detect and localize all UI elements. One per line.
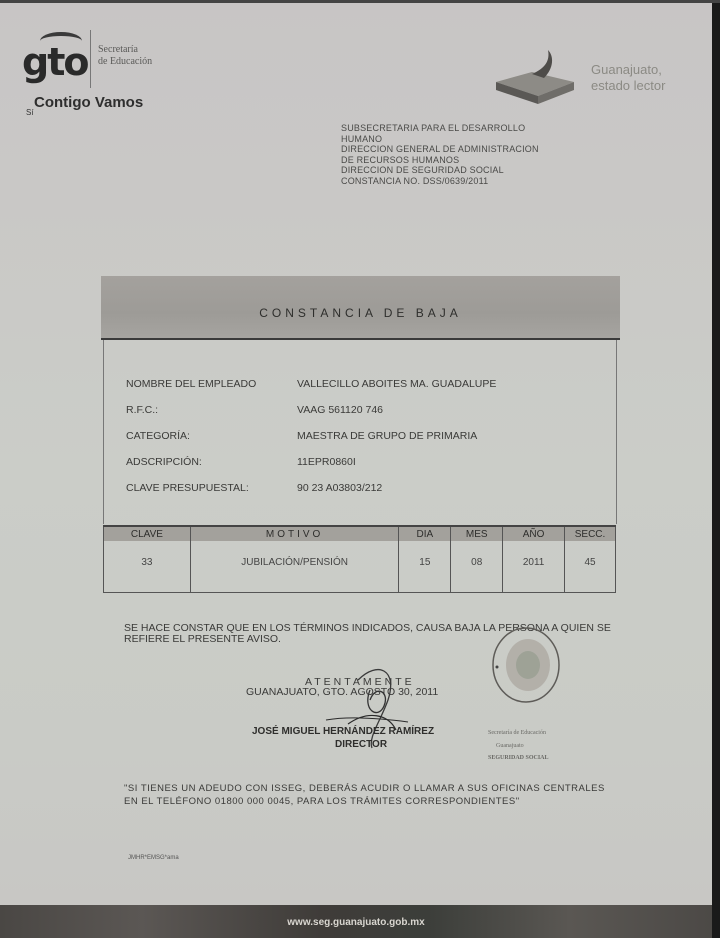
table-header-row: CLAVE MOTIVO DIA MES AÑO SECC. — [104, 526, 616, 541]
dept-line: DE RECURSOS HUMANOS — [341, 155, 539, 166]
col-clave: CLAVE — [104, 526, 191, 541]
secretaria-line-1: Secretaría — [98, 44, 138, 55]
cell-dia: 15 — [399, 541, 451, 593]
gto-wordmark: gto — [22, 40, 87, 84]
stamp-line-2: Guanajuato — [496, 743, 524, 749]
official-seal-icon — [490, 625, 562, 705]
field-label: R.F.C.: — [126, 404, 158, 416]
logo-divider — [90, 30, 91, 88]
col-dia: DIA — [399, 526, 451, 541]
cell-clave: 33 — [104, 541, 191, 593]
title-bar: CONSTANCIA DE BAJA — [101, 276, 620, 340]
field-value: VAAG 561120 746 — [297, 404, 383, 416]
cell-anio: 2011 — [503, 541, 565, 593]
cell-motivo: JUBILACIÓN/PENSIÓN — [190, 541, 399, 593]
dept-line: HUMANO — [341, 134, 539, 145]
table-row: 33 JUBILACIÓN/PENSIÓN 15 08 2011 45 — [104, 541, 616, 593]
secretaria-line-2: de Educación — [98, 56, 152, 67]
dept-line: DIRECCION DE SEGURIDAD SOCIAL — [341, 165, 539, 176]
col-anio: AÑO — [503, 526, 565, 541]
stamp-line-1: Secretaría de Educación — [488, 730, 546, 736]
employee-info-box: NOMBRE DEL EMPLEADO VALLECILLO ABOITES M… — [103, 340, 617, 524]
field-value: VALLECILLO ABOITES MA. GUADALUPE — [297, 378, 496, 390]
stamp-line-3: SEGURIDAD SOCIAL — [488, 755, 549, 761]
slogan: Contigo Vamos — [34, 94, 143, 111]
col-secc: SECC. — [565, 526, 616, 541]
typist-initials: JMHR*EMSG*ama — [128, 855, 179, 861]
cell-secc: 45 — [565, 541, 616, 593]
field-value: MAESTRA DE GRUPO DE PRIMARIA — [297, 430, 477, 442]
document-title: CONSTANCIA DE BAJA — [101, 306, 620, 320]
dept-line: SUBSECRETARIA PARA EL DESARROLLO — [341, 123, 539, 134]
col-mes: MES — [451, 526, 503, 541]
field-value: 90 23 A03803/212 — [297, 482, 382, 494]
signer-name: JOSÉ MIGUEL HERNÁNDEZ RAMÍREZ — [252, 726, 434, 737]
right-logo-line-2: estado lector — [591, 78, 665, 93]
field-label: ADSCRIPCIÓN: — [126, 456, 202, 468]
dept-line: DIRECCION GENERAL DE ADMINISTRACION — [341, 144, 539, 155]
department-block: SUBSECRETARIA PARA EL DESARROLLO HUMANO … — [341, 123, 539, 186]
signer-title: DIRECTOR — [335, 739, 387, 750]
open-book-icon — [492, 48, 578, 106]
field-value: 11EPR0860I — [297, 456, 356, 468]
cell-mes: 08 — [451, 541, 503, 593]
right-logo-line-1: Guanajuato, — [591, 62, 662, 77]
field-label: NOMBRE DEL EMPLEADO — [126, 378, 256, 390]
slogan-mark: Sí — [26, 108, 34, 117]
scan-edge-top — [0, 0, 720, 3]
isseg-notice: "SI TIENES UN ADEUDO CON ISSEG, DEBERÁS … — [124, 782, 616, 808]
field-label: CLAVE PRESUPUESTAL: — [126, 482, 249, 494]
constancia-number: CONSTANCIA NO. DSS/0639/2011 — [341, 176, 539, 187]
field-label: CATEGORÍA: — [126, 430, 190, 442]
scan-edge — [712, 0, 720, 938]
footer-url: www.seg.guanajuato.gob.mx — [0, 917, 712, 928]
col-motivo: MOTIVO — [190, 526, 399, 541]
motive-table: CLAVE MOTIVO DIA MES AÑO SECC. 33 JUBILA… — [103, 525, 616, 593]
